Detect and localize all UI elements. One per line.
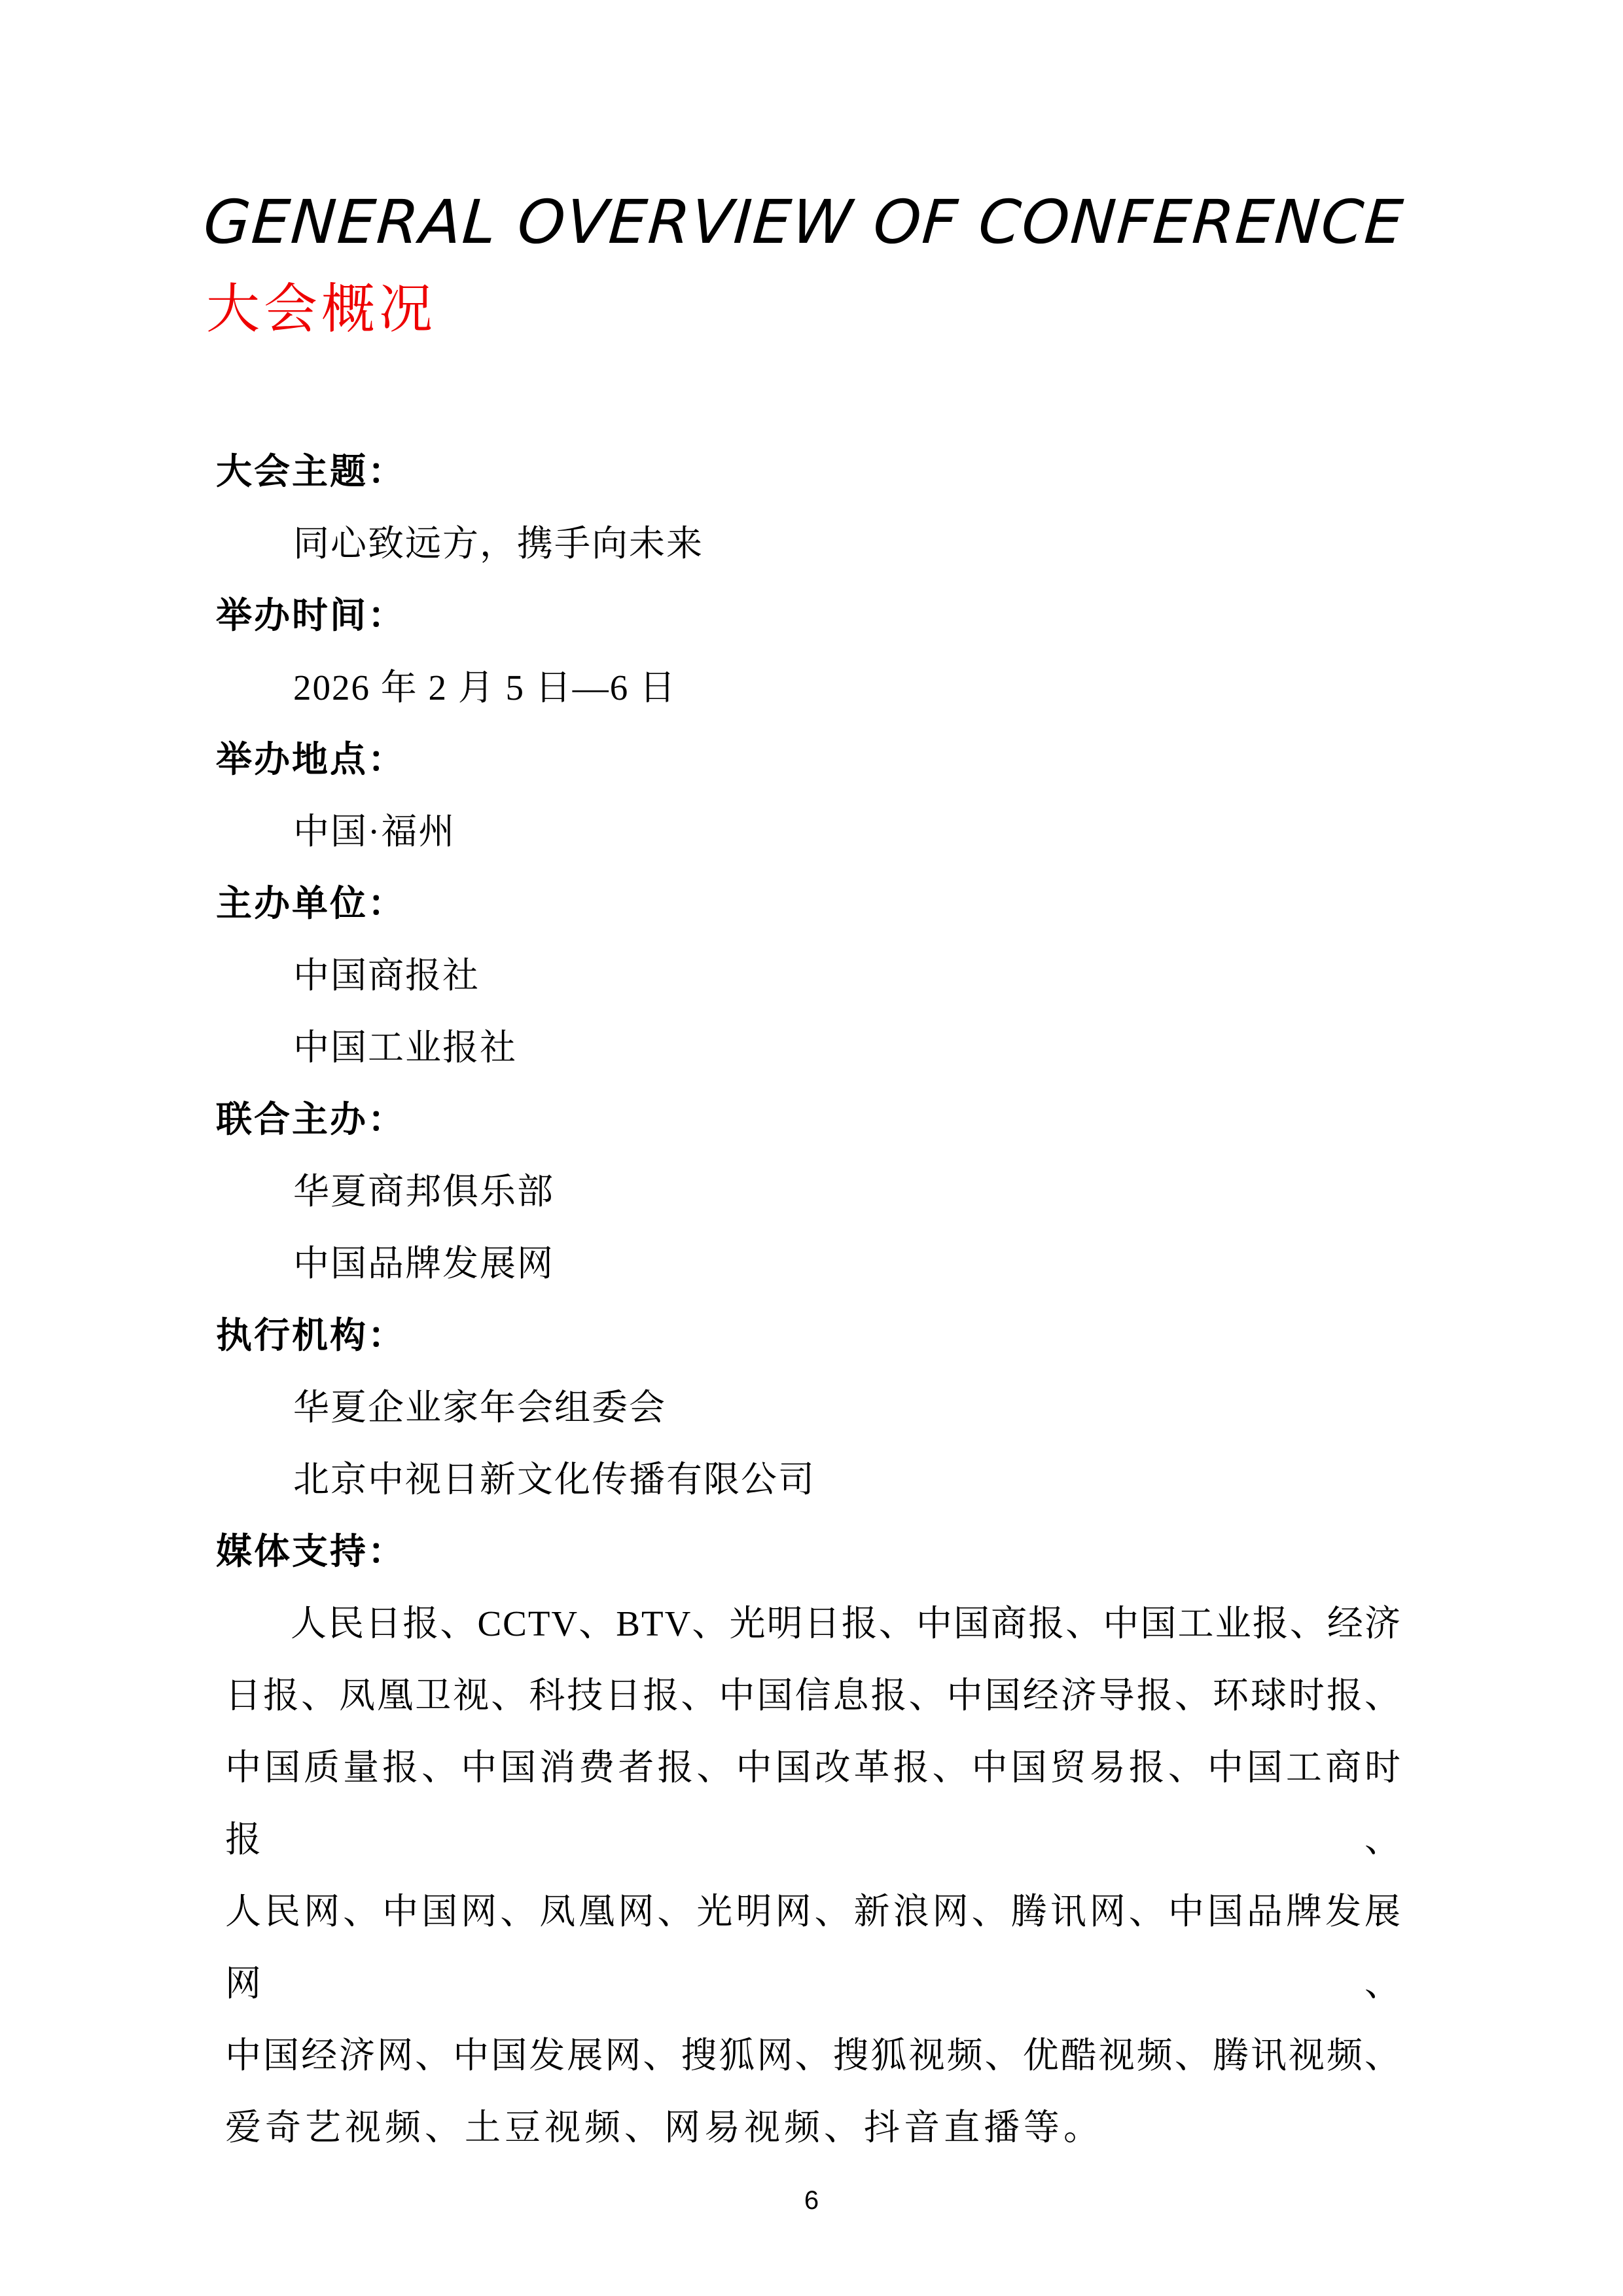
page-title-chinese: 大会概况 [206,278,437,342]
section-heading-executor: 执行机构： [216,1300,1402,1372]
section-heading-theme: 大会主题： [216,436,1402,508]
media-support-line: 人民日报、CCTV、BTV、光明日报、中国商报、中国工业报、经济 [225,1588,1402,1660]
section-item-executor-1: 华夏企业家年会组委会 [216,1372,1402,1444]
media-support-line: 爱奇艺视频、土豆视频、网易视频、抖音直播等。 [225,2092,1402,2164]
media-support-line: 人民网、中国网、凤凰网、光明网、新浪网、腾讯网、中国品牌发展网、 [225,1876,1402,2020]
section-item-time: 2026 年 2 月 5 日—6 日 [216,652,1402,724]
media-support-line: 中国经济网、中国发展网、搜狐网、搜狐视频、优酷视频、腾讯视频、 [225,2020,1402,2092]
section-heading-host: 主办单位： [216,868,1402,940]
section-heading-location: 举办地点： [216,724,1402,796]
media-support-line: 日报、凤凰卫视、科技日报、中国信息报、中国经济导报、环球时报、 [225,1660,1402,1732]
section-item-cohost-1: 华夏商邦俱乐部 [216,1156,1402,1228]
section-item-cohost-2: 中国品牌发展网 [216,1228,1402,1300]
section-item-host-2: 中国工业报社 [216,1012,1402,1084]
page-title-english: GENERAL OVERVIEW OF CONFERENCE [202,191,1406,255]
section-item-theme: 同心致远方，携手向未来 [216,508,1402,580]
page-number: 6 [0,2185,1623,2216]
section-item-host-1: 中国商报社 [216,940,1402,1012]
media-support-line: 中国质量报、中国消费者报、中国改革报、中国贸易报、中国工商时报、 [225,1732,1402,1876]
section-heading-cohost: 联合主办： [216,1084,1402,1156]
document-body: 大会主题： 同心致远方，携手向未来 举办时间： 2026 年 2 月 5 日—6… [216,436,1402,2164]
document-page: GENERAL OVERVIEW OF CONFERENCE 大会概况 大会主题… [0,0,1623,2296]
section-item-executor-2: 北京中视日新文化传播有限公司 [216,1444,1402,1516]
section-heading-time: 举办时间： [216,580,1402,652]
section-heading-media: 媒体支持： [216,1516,1402,1588]
section-item-location: 中国·福州 [216,796,1402,868]
